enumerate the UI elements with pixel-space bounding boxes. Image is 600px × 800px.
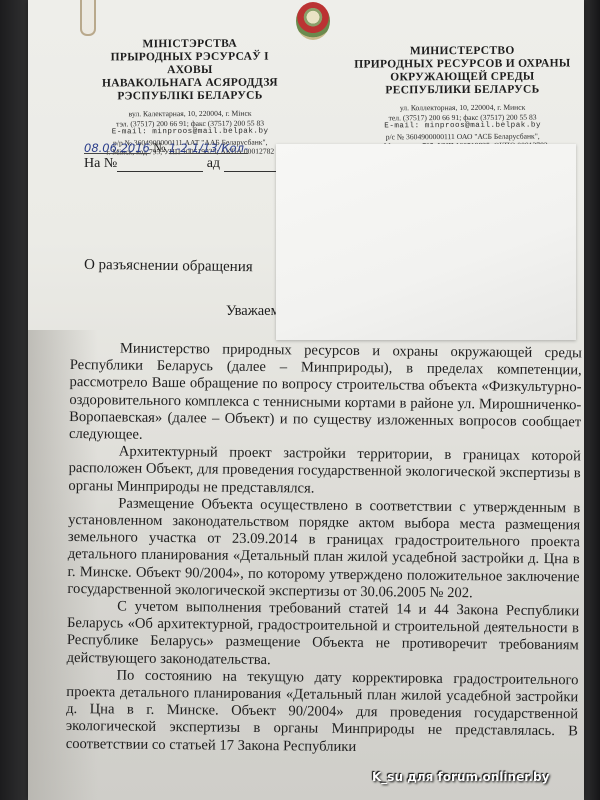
incoming-reference: На № ад [84, 156, 284, 172]
email: E-mail: minproos@mail.belpak.by [90, 127, 290, 138]
paragraph: Размещение Объекта осуществлено в соотве… [67, 495, 580, 604]
state-emblem-icon [296, 2, 330, 40]
title-line: ПРЫРОДНЫХ РЭСУРСАЎ І АХОВЫ [90, 50, 290, 77]
letter-date: 08.06.2016 [84, 141, 150, 155]
salutation: Уважаем [226, 303, 280, 320]
letter-number: 1-2-1/13/Кол- [169, 141, 248, 155]
letterhead-title: МИНИСТЕРСТВО ПРИРОДНЫХ РЕСУРСОВ И ОХРАНЫ… [345, 44, 580, 97]
blank-line [117, 159, 203, 172]
title-line: МИНИСТЕРСТВО [345, 44, 580, 58]
title-line: ОКРУЖАЮЩЕЙ СРЕДЫ [345, 70, 580, 84]
paperclip-icon [80, 0, 96, 36]
number-sign: № [153, 140, 165, 155]
letter-body: Министерство природных ресурсов и охраны… [66, 340, 582, 758]
paragraph: Министерство природных ресурсов и охраны… [69, 340, 582, 449]
title-line: НАВАКОЛЬНАГА АСЯРОДДЗЯ [90, 76, 290, 90]
watermark: K_su для forum.onliner.by [372, 770, 549, 784]
title-line: МІНІСТЭРСТВА [90, 37, 290, 51]
letter-subject: О разъяснении обращения [84, 257, 253, 276]
paragraph: С учетом выполнения требований статей 14… [67, 598, 580, 672]
letterhead-title: МІНІСТЭРСТВА ПРЫРОДНЫХ РЭСУРСАЎ І АХОВЫ … [90, 37, 290, 103]
title-line: РЕСПУБЛИКИ БЕЛАРУСЬ [345, 83, 580, 97]
title-line: ПРИРОДНЫХ РЕСУРСОВ И ОХРАНЫ [345, 57, 580, 71]
ad-label: ад [207, 156, 220, 171]
outgoing-reference: 08.06.2016 № 1-2-1/13/Кол- [84, 140, 248, 156]
letterhead-russian: МИНИСТЕРСТВО ПРИРОДНЫХ РЕСУРСОВ И ОХРАНЫ… [345, 44, 581, 151]
paragraph: По состоянию на текущую дату корректиров… [66, 667, 579, 758]
paragraph: Архитектурный проект застройки территори… [68, 443, 581, 500]
na-label: На № [84, 156, 117, 171]
blank-line [224, 159, 284, 172]
title-line: РЭСПУБЛІКІ БЕЛАРУСЬ [90, 89, 290, 103]
sticky-note-redaction [276, 144, 576, 340]
